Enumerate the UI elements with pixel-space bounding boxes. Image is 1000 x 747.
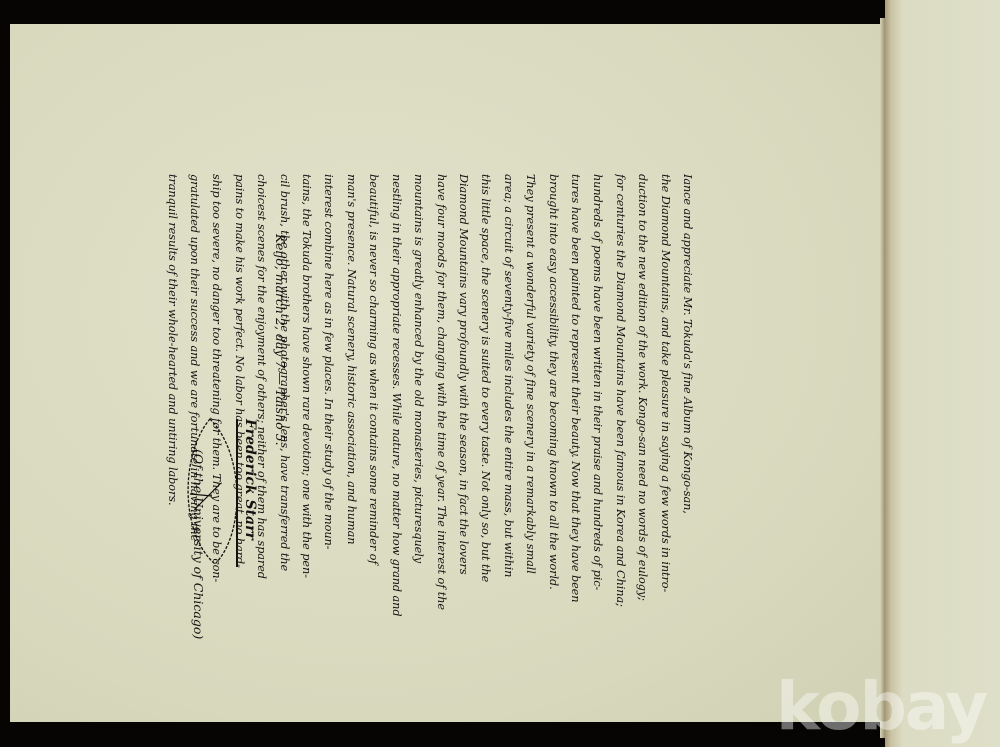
letter-line: duction to the new edition of the work. … <box>631 174 653 694</box>
letter-text-rotated: Iance and appreciate Mr. Tokuda's fine A… <box>278 174 698 694</box>
signature-name: Frederick Starr <box>242 419 258 540</box>
letter-line: for centuries the Diamond Mountains have… <box>608 174 630 694</box>
letter-line: beautiful, is never so charming as when … <box>362 174 384 694</box>
signature-affiliation: (Of the University of Chicago) <box>191 449 206 639</box>
facing-page <box>885 0 1000 747</box>
signature-rotated: Keijo, march 2, day 7 — Taisho 5. Freder… <box>170 234 290 694</box>
letter-line: man's presence. Natural scenery, histori… <box>340 174 362 694</box>
watermark: kobay <box>776 668 986 745</box>
date-line: Keijo, march 2, day 7 — Taisho 5. <box>273 234 288 446</box>
letter-line: They present a wonderful variety of fine… <box>519 174 541 694</box>
letter-line: tains, the Tokuda brothers have shown ra… <box>295 174 317 694</box>
signature-underline <box>237 419 239 567</box>
signature-block: Keijo, march 2, day 7 — Taisho 5. Freder… <box>170 234 290 694</box>
signature-flourish-icon <box>170 414 250 584</box>
letter-line: tures have been painted to represent the… <box>564 174 586 694</box>
letter-line: the Diamond Mountains, and take pleasure… <box>653 174 675 694</box>
letter-body: Iance and appreciate Mr. Tokuda's fine A… <box>278 174 698 694</box>
letter-line: brought into easy accessibility, they ar… <box>541 174 563 694</box>
letter-line: have four moods for them, changing with … <box>429 174 451 694</box>
letter-page: Iance and appreciate Mr. Tokuda's fine A… <box>10 24 890 722</box>
letter-line: Iance and appreciate Mr. Tokuda's fine A… <box>676 174 698 694</box>
letter-line: this little space, the scenery is suited… <box>474 174 496 694</box>
letter-line: area; a circuit of seventy-five miles in… <box>496 174 518 694</box>
letter-line: mountains is greatly enhanced by the old… <box>407 174 429 694</box>
letter-line: nestling in their appropriate recesses. … <box>384 174 406 694</box>
letter-line: interest combine here as in few places. … <box>317 174 339 694</box>
letter-line: hundreds of poems have been written in t… <box>586 174 608 694</box>
letter-line: Diamond Mountains vary profoundly with t… <box>452 174 474 694</box>
